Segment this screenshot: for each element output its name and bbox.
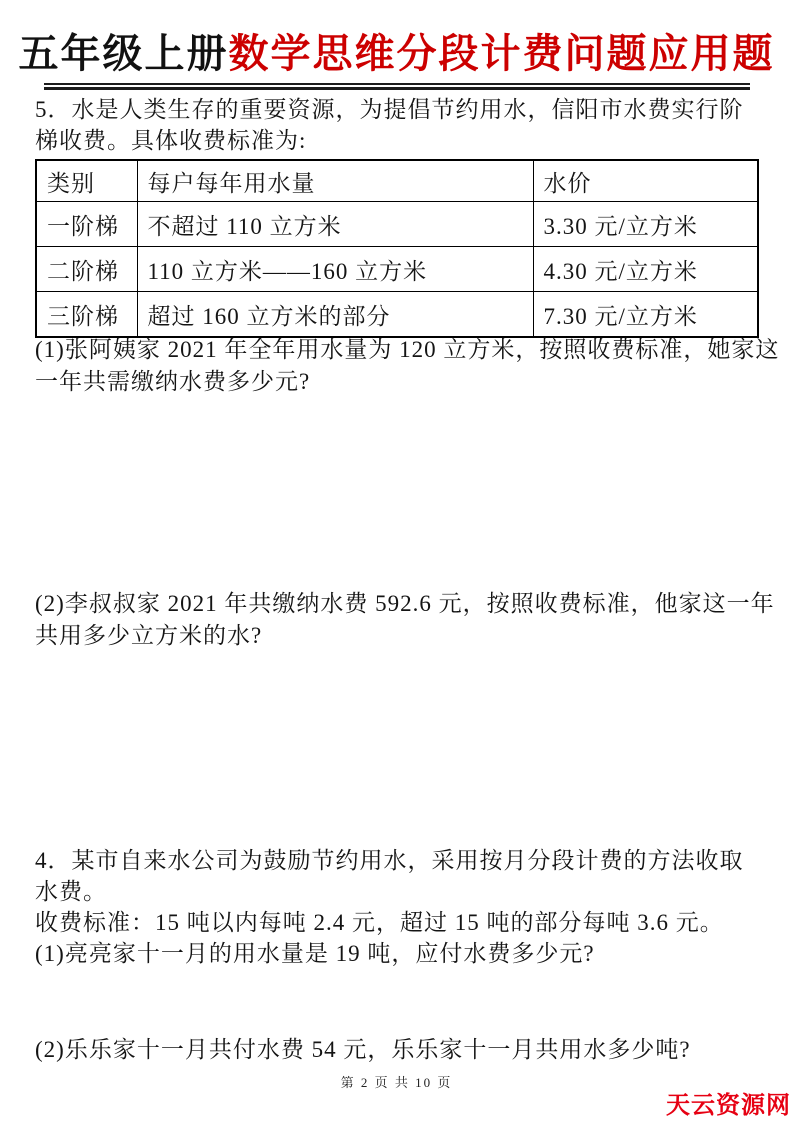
problem5-question2-line-1: (2)李叔叔家 2021 年共缴纳水费 592.6 元，按照收费标准，他家这一年 (35, 588, 763, 620)
problem5-question2: (2)李叔叔家 2021 年共缴纳水费 592.6 元，按照收费标准，他家这一年… (35, 588, 763, 652)
problem4-question1: (1)亮亮家十一月的用水量是 19 吨，应付水费多少元? (35, 938, 763, 969)
problem4-intro-line-1: 4．某市自来水公司为鼓励节约用水，采用按月分段计费的方法收取 (35, 845, 763, 876)
table-row-tier1: 一阶梯 不超过 110 立方米 3.30 元/立方米 (36, 202, 758, 247)
problem4-fee-standard: 收费标准：15 吨以内每吨 2.4 元，超过 15 吨的部分每吨 3.6 元。 (35, 907, 763, 938)
title-underline (44, 83, 750, 90)
table-header-row: 类别 每户每年用水量 水价 (36, 160, 758, 202)
page-title: 五年级上册数学思维分段计费问题应用题 (0, 28, 793, 80)
title-underline-thin (44, 83, 750, 85)
table-cell: 7.30 元/立方米 (533, 292, 758, 338)
water-fee-table: 类别 每户每年用水量 水价 一阶梯 不超过 110 立方米 3.30 元/立方米… (35, 159, 759, 338)
table-row-tier3: 三阶梯 超过 160 立方米的部分 7.30 元/立方米 (36, 292, 758, 338)
page-title-block: 五年级上册数学思维分段计费问题应用题 (0, 28, 793, 90)
problem5-question2-line-2: 共用多少立方米的水? (35, 620, 763, 652)
table-cell: 超过 160 立方米的部分 (137, 292, 533, 338)
problem4-block: 4．某市自来水公司为鼓励节约用水，采用按月分段计费的方法收取 水费。 收费标准：… (35, 845, 763, 969)
table-cell: 三阶梯 (36, 292, 137, 338)
problem5-question1-line-2: 一年共需缴纳水费多少元? (35, 366, 763, 398)
title-prefix: 五年级上册 (19, 31, 229, 76)
title-highlight: 数学思维分段计费问题应用题 (229, 31, 775, 76)
problem4-question2-line: (2)乐乐家十一月共付水费 54 元，乐乐家十一月共用水多少吨? (35, 1034, 763, 1065)
table-cell: 110 立方米——160 立方米 (137, 247, 533, 292)
problem4-intro-line-2: 水费。 (35, 876, 763, 907)
worksheet-page: 五年级上册数学思维分段计费问题应用题 5．水是人类生存的重要资源，为提倡节约用水… (0, 0, 793, 1122)
table-cell: 一阶梯 (36, 202, 137, 247)
watermark-text: 天云资源网 (666, 1085, 791, 1120)
table-row-tier2: 二阶梯 110 立方米——160 立方米 4.30 元/立方米 (36, 247, 758, 292)
problem5-intro: 5．水是人类生存的重要资源，为提倡节约用水，信阳市水费实行阶 梯收费。具体收费标… (35, 94, 763, 156)
problem4-question2: (2)乐乐家十一月共付水费 54 元，乐乐家十一月共用水多少吨? (35, 1034, 763, 1065)
problem5-intro-line-2: 梯收费。具体收费标准为: (35, 125, 763, 156)
problem5-intro-line-1: 5．水是人类生存的重要资源，为提倡节约用水，信阳市水费实行阶 (35, 94, 763, 125)
table-header-price: 水价 (533, 160, 758, 202)
table-cell: 4.30 元/立方米 (533, 247, 758, 292)
problem5-question1: (1)张阿姨家 2021 年全年用水量为 120 立方米，按照收费标准，她家这 … (35, 334, 763, 398)
table-header-usage: 每户每年用水量 (137, 160, 533, 202)
problem5-question1-line-1: (1)张阿姨家 2021 年全年用水量为 120 立方米，按照收费标准，她家这 (35, 334, 763, 366)
title-underline-thick (44, 87, 750, 90)
table-cell: 不超过 110 立方米 (137, 202, 533, 247)
table-cell: 3.30 元/立方米 (533, 202, 758, 247)
table-cell: 二阶梯 (36, 247, 137, 292)
table-header-category: 类别 (36, 160, 137, 202)
